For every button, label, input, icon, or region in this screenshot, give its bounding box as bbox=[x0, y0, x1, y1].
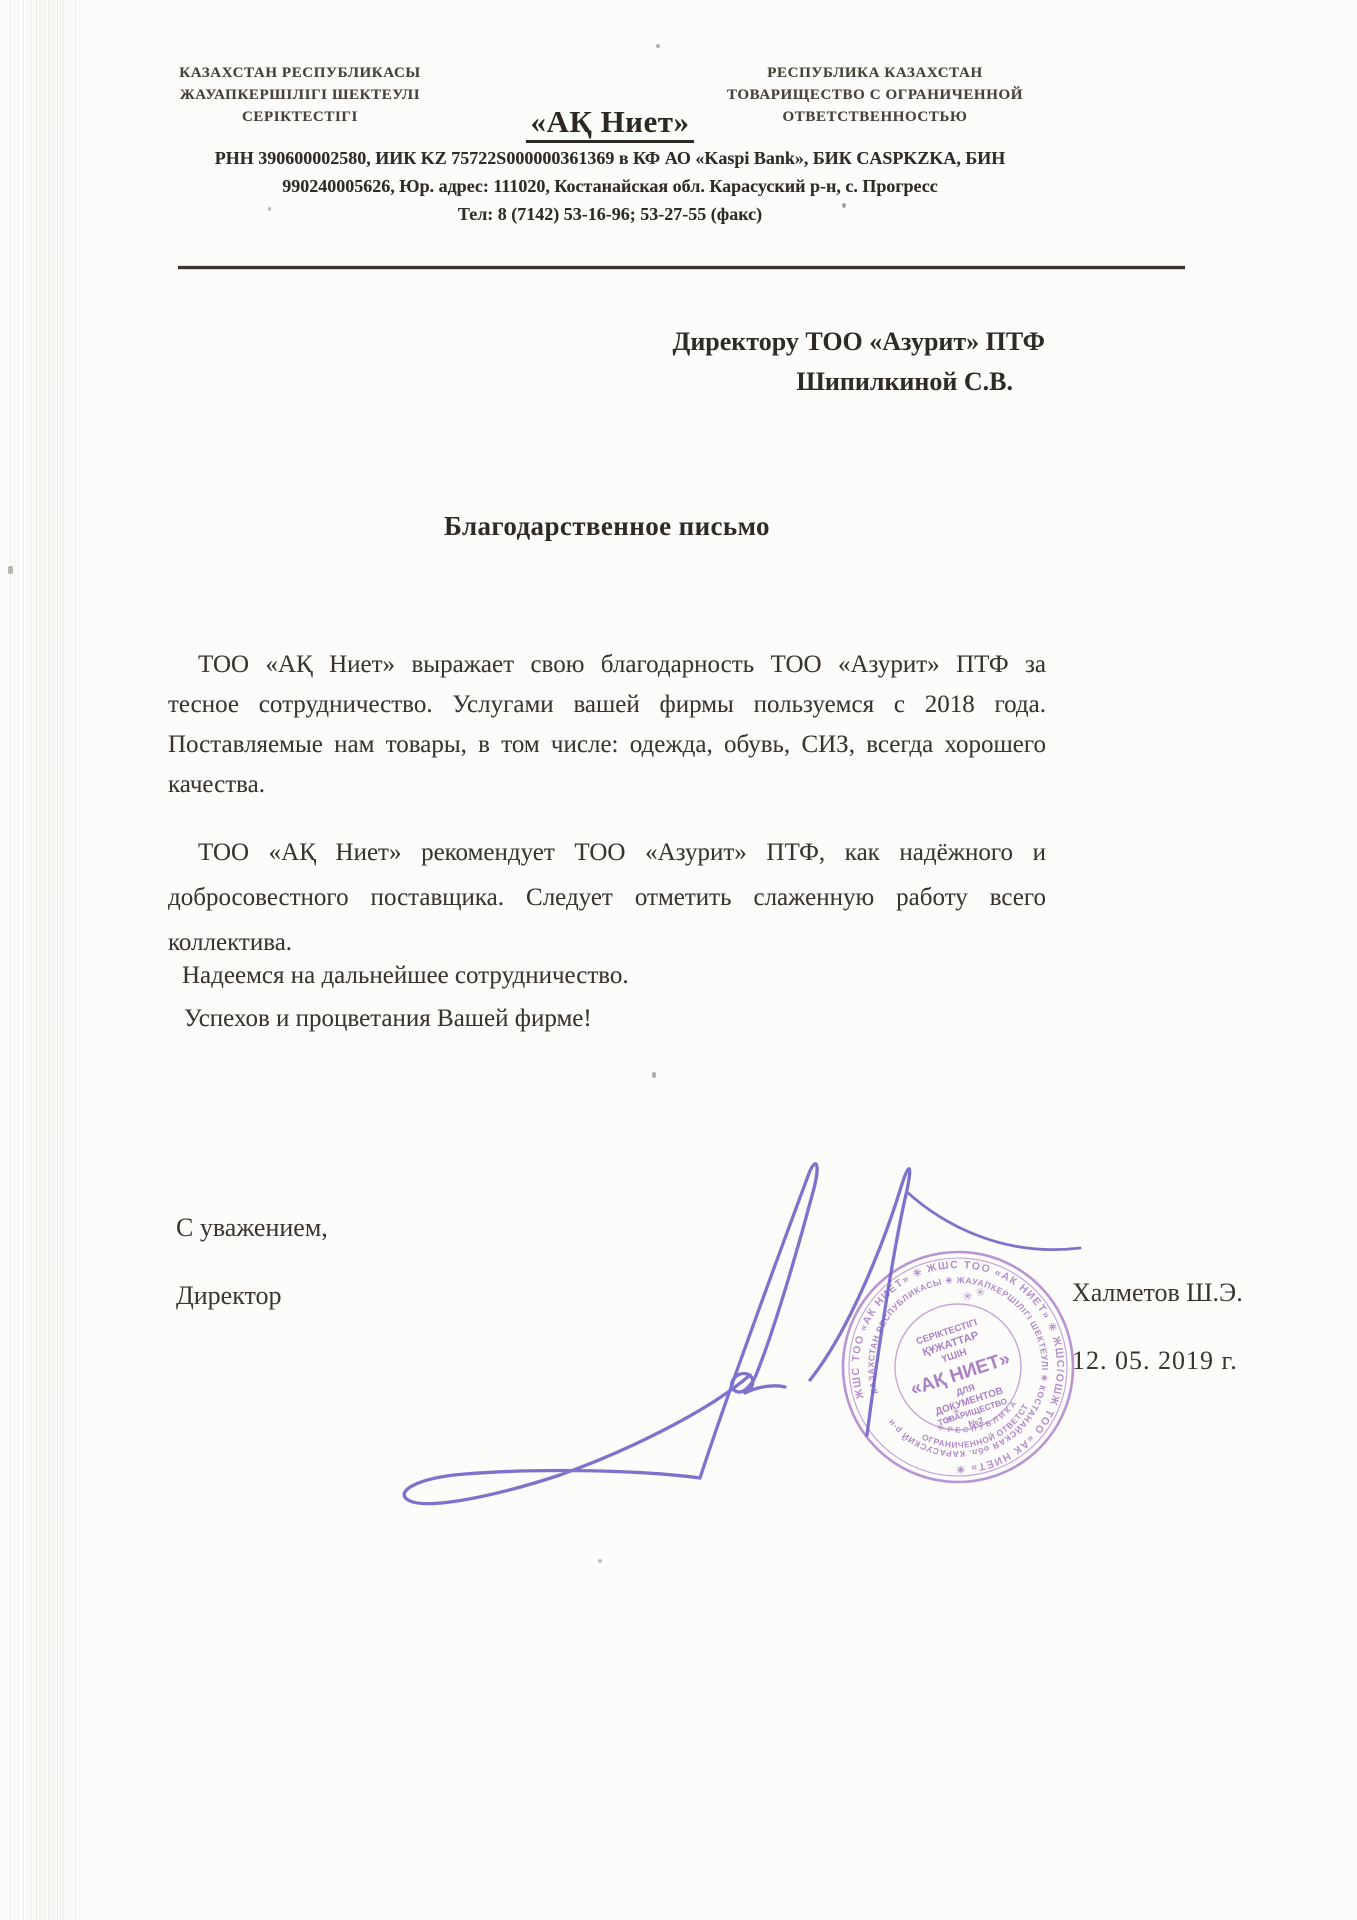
company-name-title: «АҚ Ниет» bbox=[0, 104, 1220, 140]
scan-speck bbox=[652, 1072, 656, 1078]
letterhead-divider-line bbox=[178, 266, 1185, 269]
closing-regards: С уважением, bbox=[176, 1213, 328, 1243]
scan-speck bbox=[842, 203, 846, 208]
body-paragraph-4: Успехов и процветания Вашей фирме! bbox=[168, 1005, 1062, 1033]
recipient-block: Директору ТОО «Азурит» ПТФ Шипилкиной С.… bbox=[660, 322, 1045, 402]
letter-title: Благодарственное письмо bbox=[168, 511, 1046, 542]
scan-speck bbox=[656, 44, 660, 48]
signature-stroke bbox=[700, 1164, 817, 1478]
handwritten-signature bbox=[380, 1080, 1100, 1570]
body-paragraph-3: Надеемся на дальнейшее сотрудничество. bbox=[168, 962, 1060, 990]
signature-stroke bbox=[404, 1375, 750, 1504]
recipient-line-1: Директору ТОО «Азурит» ПТФ bbox=[660, 322, 1045, 362]
scan-speck bbox=[268, 207, 271, 211]
scan-artifact-left-streaks-inner bbox=[30, 0, 64, 1920]
scanned-letter-page: КАЗАХСТАН РЕСПУБЛИКАСЫ ЖАУАПКЕРШІЛІГІ ШЕ… bbox=[0, 0, 1357, 1920]
body-paragraph-2: ТОО «АҚ Ниет» рекомендует ТОО «Азурит» П… bbox=[168, 830, 1046, 965]
recipient-line-2: Шипилкиной С.В. bbox=[660, 362, 1045, 402]
scan-speck bbox=[8, 566, 13, 574]
requisites-line-3: Тел: 8 (7142) 53-16-96; 53-27-55 (факс) bbox=[160, 204, 1060, 225]
scan-speck bbox=[390, 663, 393, 666]
letterhead-left-line: ЖАУАПКЕРШІЛІГІ ШЕКТЕУЛІ bbox=[150, 84, 450, 106]
requisites-line-1: РНН 390600002580, ИИК KZ 75722S000000361… bbox=[160, 148, 1060, 169]
body-paragraph-1: ТОО «АҚ Ниет» выражает свою благодарност… bbox=[168, 645, 1046, 805]
closing-position: Директор bbox=[176, 1281, 282, 1311]
letterhead-right-line: ТОВАРИЩЕСТВО С ОГРАНИЧЕННОЙ bbox=[715, 84, 1035, 106]
signature-stroke bbox=[907, 1192, 1080, 1250]
letterhead-right-line: РЕСПУБЛИКА КАЗАХСТАН bbox=[715, 62, 1035, 84]
letterhead-left-line: КАЗАХСТАН РЕСПУБЛИКАСЫ bbox=[150, 62, 450, 84]
requisites-line-2: 990240005626, Юр. адрес: 111020, Костана… bbox=[160, 176, 1060, 197]
signature-stroke bbox=[810, 1169, 910, 1435]
